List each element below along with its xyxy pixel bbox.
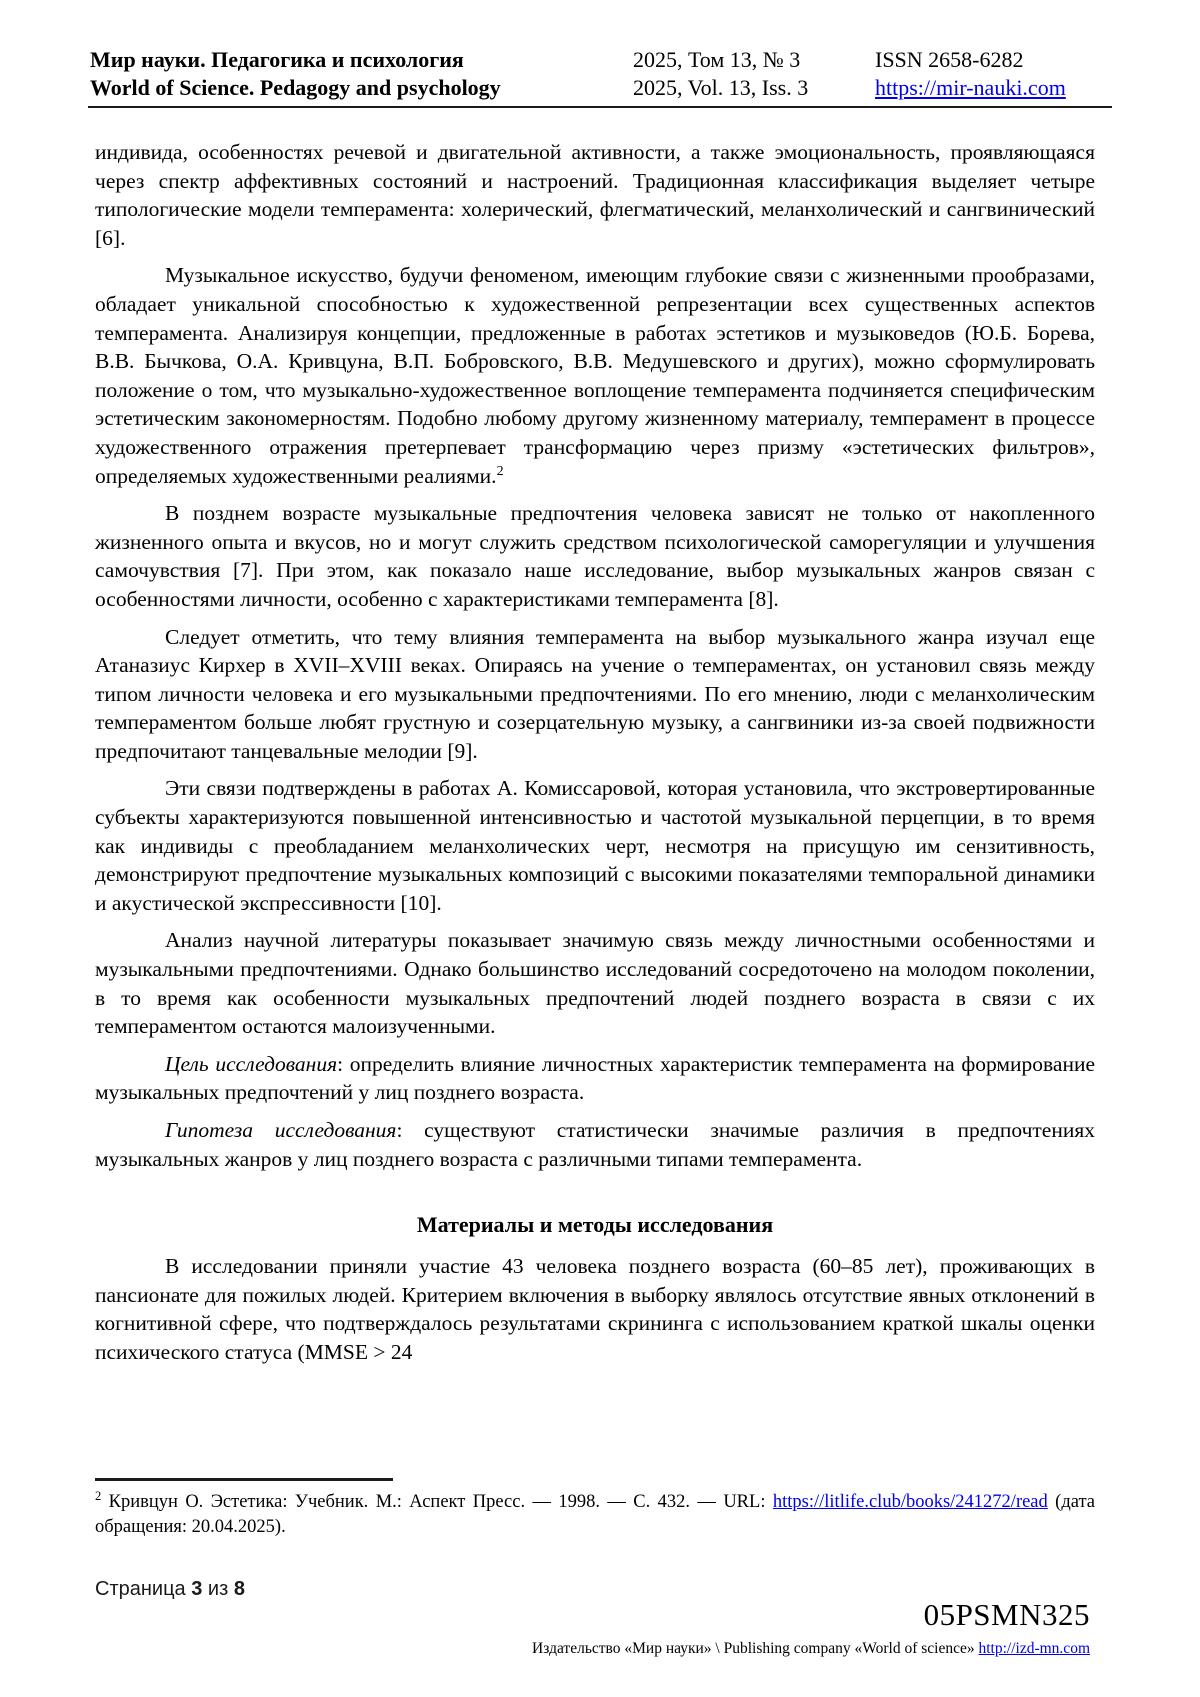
paragraph: В исследовании приняли участие 43 челове… <box>95 1252 1095 1366</box>
goal-lead-italic: Цель исследования <box>165 1052 337 1076</box>
page-number: 3 <box>191 1578 202 1600</box>
paragraph: индивида, особенностях речевой и двигате… <box>95 138 1095 252</box>
issn-block: ISSN 2658-6282 https://mir-nauki.com <box>875 46 1112 102</box>
journal-title-en: World of Science. Pedagogy and psycholog… <box>90 74 633 102</box>
of-word: из <box>208 1578 228 1600</box>
paragraph: Музыкальное искусство, будучи феноменом,… <box>95 261 1095 490</box>
paragraph-goal: Цель исследования: определить влияние ли… <box>95 1050 1095 1107</box>
publisher-link[interactable]: http://izd-mn.com <box>979 1640 1091 1657</box>
publisher-line: Издательство «Мир науки» \ Publishing co… <box>532 1639 1090 1658</box>
footnote-divider <box>95 1478 393 1481</box>
footnote-citation: Кривцун О. Эстетика: Учебник. М.: Аспект… <box>101 1492 773 1512</box>
paragraph: В позднем возрасте музыкальные предпочте… <box>95 499 1095 613</box>
hypothesis-lead-italic: Гипотеза исследования <box>165 1118 396 1142</box>
paragraph-text: Музыкальное искусство, будучи феноменом,… <box>95 263 1095 487</box>
section-heading: Материалы и методы исследования <box>95 1211 1095 1239</box>
header-divider <box>88 106 1112 108</box>
paragraph: Эти связи подтверждены в работах А. Коми… <box>95 774 1095 917</box>
paragraph: Анализ научной литературы показывает зна… <box>95 926 1095 1040</box>
issue-info-block: 2025, Том 13, № 3 2025, Vol. 13, Iss. 3 <box>633 46 875 102</box>
issue-info-ru: 2025, Том 13, № 3 <box>633 46 875 74</box>
issue-info-en: 2025, Vol. 13, Iss. 3 <box>633 74 875 102</box>
footnote-link[interactable]: https://litlife.club/books/241272/read <box>773 1492 1048 1512</box>
page-number-label: Страница 3 из 8 <box>95 1578 245 1601</box>
issn-label: ISSN 2658-6282 <box>875 46 1112 74</box>
footnote-reference[interactable]: 2 <box>497 463 504 478</box>
article-body: индивида, особенностях речевой и двигате… <box>95 138 1095 1376</box>
journal-site-link[interactable]: https://mir-nauki.com <box>875 75 1066 100</box>
document-page: Мир науки. Педагогика и психология World… <box>0 0 1200 1697</box>
paragraph-hypothesis: Гипотеза исследования: существуют статис… <box>95 1116 1095 1173</box>
journal-title-ru: Мир науки. Педагогика и психология <box>90 46 633 74</box>
paragraph: Следует отметить, что тему влияния темпе… <box>95 623 1095 766</box>
journal-header: Мир науки. Педагогика и психология World… <box>90 46 1112 102</box>
page-word: Страница <box>95 1578 186 1600</box>
page-total: 8 <box>234 1578 245 1600</box>
journal-title-block: Мир науки. Педагогика и психология World… <box>90 46 633 102</box>
article-id: 05PSMN325 <box>924 1598 1090 1632</box>
footnote-text: 2 Кривцун О. Эстетика: Учебник. М.: Аспе… <box>95 1490 1095 1539</box>
publisher-text: Издательство «Мир науки» \ Publishing co… <box>532 1640 978 1657</box>
footnote-block: 2 Кривцун О. Эстетика: Учебник. М.: Аспе… <box>95 1478 1095 1539</box>
